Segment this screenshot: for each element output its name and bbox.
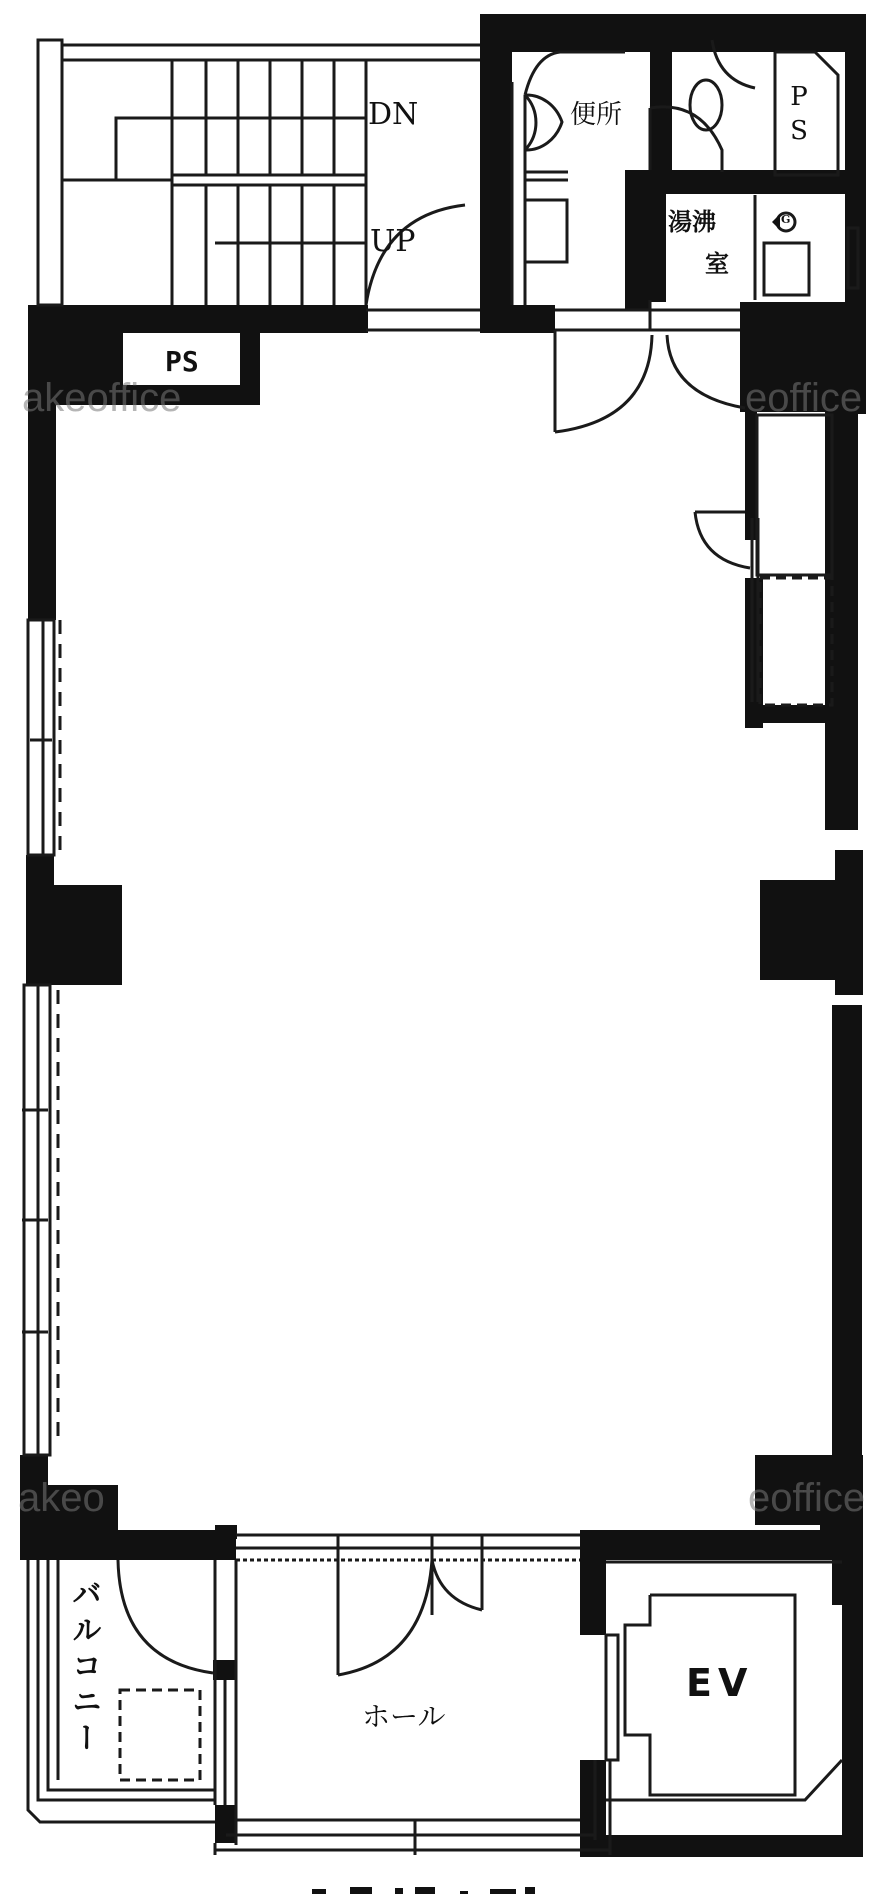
kitchenette-label-line2: 室 xyxy=(705,252,729,276)
balcony-label: バルコニー xyxy=(68,1578,98,1758)
elevator-label: EV xyxy=(686,1664,753,1702)
floor-plan xyxy=(0,0,884,1894)
stair-down-label: DN xyxy=(368,100,418,130)
gas-symbol xyxy=(772,214,780,230)
pipe-space-top-right-label: PS xyxy=(786,82,812,150)
toilet-label: 便所 xyxy=(570,102,622,128)
structural-walls xyxy=(20,14,866,1857)
kitchenette-label-line1: 湯沸 xyxy=(668,210,716,234)
pipe-space-left-label: PS xyxy=(165,348,199,376)
street-label-clipped xyxy=(300,1880,560,1894)
street-label-fragment xyxy=(300,1881,560,1894)
stair-up-label: UP xyxy=(370,227,415,257)
gas-symbol-label: G xyxy=(781,214,790,225)
hall-label: ホール xyxy=(362,1703,445,1731)
